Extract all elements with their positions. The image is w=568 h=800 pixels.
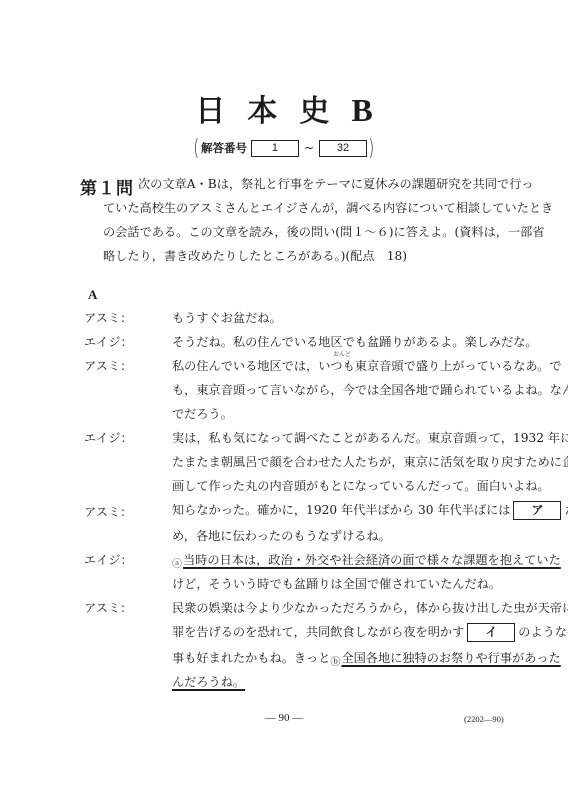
dialogue-line: でだろう。 [172,405,233,422]
speaker-label: アスミ： [84,357,132,374]
speaker-label: アスミ： [84,503,132,520]
intro-line-4: 略したり，書き改めたりしたところがある。)(配点 18) [103,247,407,264]
underline-marker-b: ⓑ [330,657,340,668]
underlined-passage-b: 全国各地に独特のお祭りや行事があった [341,651,560,665]
dialogue-line: 民衆の娯楽は今より少なかっただろうから，体から抜け出した虫が天帝に [172,599,568,616]
dialogue-line: そうだね。私の住んでいる地区でも盆踊りがあるよ。楽しみだな。 [172,333,538,350]
underline-marker-a: ⓐ [172,559,182,570]
answer-blank-i: イ [467,623,515,642]
intro-line-2: ていた高校生のアスミさんとエイジさんが，調べる内容について相談していたとき [103,199,553,216]
title-char: 本 [247,94,299,129]
title-char: 日 [195,94,247,129]
title-char: 史 [299,94,351,129]
speaker-label: エイジ： [84,333,133,350]
speaker-label: アスミ： [84,309,132,326]
dialogue-line: も，東京音頭って言いながら，今では全国各地で踊られているよね。なん [172,381,568,398]
dialogue-line: たまたま朝風呂で顔を合わせた人たちが，東京に活気を取り戻すために企 [172,453,568,470]
dialogue-line: ⓐ当時の日本は，政治・外交や社会経済の面で様々な課題を抱えていた [172,551,561,570]
intro-line-3: の会話である。この文章を読み，後の問い(問１～６)に答えよ。(資料は，一部省 [103,223,545,240]
speaker-label: エイジ： [84,551,133,568]
subject-title: 日本史B [0,92,568,130]
answer-number-range: ( 解答番号 1 ~ 32 ) [0,136,568,160]
dialogue-line: 事も好まれたかもね。きっとⓑ全国各地に独特のお祭りや行事があった [172,649,561,668]
close-paren: ) [368,136,374,161]
dialogue-text: のような行 [518,625,568,639]
dialogue-text: た [564,503,568,517]
dialogue-line: んだろうね。 [172,673,245,690]
dialogue-line: 罪を告げるのを恐れて，共同飲食しながら夜を明かすイのような行 [172,623,568,642]
answer-range-to: 32 [319,140,367,157]
dialogue-line: もうすぐお盆だね。 [172,309,282,326]
answer-blank-a: ア [513,501,561,520]
dialogue-line: め，各地に伝わったのもうなずけるね。 [172,527,391,544]
dialogue-line: 実は，私も気になって調べたことがあるんだ。東京音頭って，1932 年に [172,429,568,446]
dialogue-text: 事も好まれたかもね。きっと [172,651,330,665]
dialogue-text: 知らなかった。確かに，1920 年代半ばから 30 年代半ばには [172,503,510,517]
answer-range-tilde: ~ [304,141,314,155]
speaker-label: アスミ： [84,599,132,616]
question-heading: 第１問 [80,174,134,199]
section-label: A [88,287,97,303]
speaker-label: エイジ： [84,429,133,446]
dialogue-line: 私の住んでいる地区では，いつも東京音頭で盛り上がっているなあ。で [172,357,562,374]
answer-range-label: 解答番号 [201,140,247,156]
dialogue-line: 画して作った丸の内音頭がもとになっているんだって。面白いよね。 [172,477,550,494]
underlined-passage-b-cont: んだろうね。 [172,675,245,689]
dialogue-line: けど，そういう時でも盆踊りは全国で催されていたんだね。 [172,575,501,592]
dialogue-line: 知らなかった。確かに，1920 年代半ばから 30 年代半ばにはアた [172,501,568,520]
underlined-passage-a: 当時の日本は，政治・外交や社会経済の面で様々な課題を抱えていた [183,553,561,567]
title-letter: B [351,92,394,128]
page-code: (2202—90) [464,714,504,724]
dialogue-text: 罪を告げるのを恐れて，共同飲食しながら夜を明かす [172,625,464,639]
open-paren: ( [194,136,200,161]
answer-range-from: 1 [251,140,299,157]
intro-line-1: 次の文章A・Bは，祭礼と行事をテーマに夏休みの課題研究を共同で行っ [138,175,534,192]
